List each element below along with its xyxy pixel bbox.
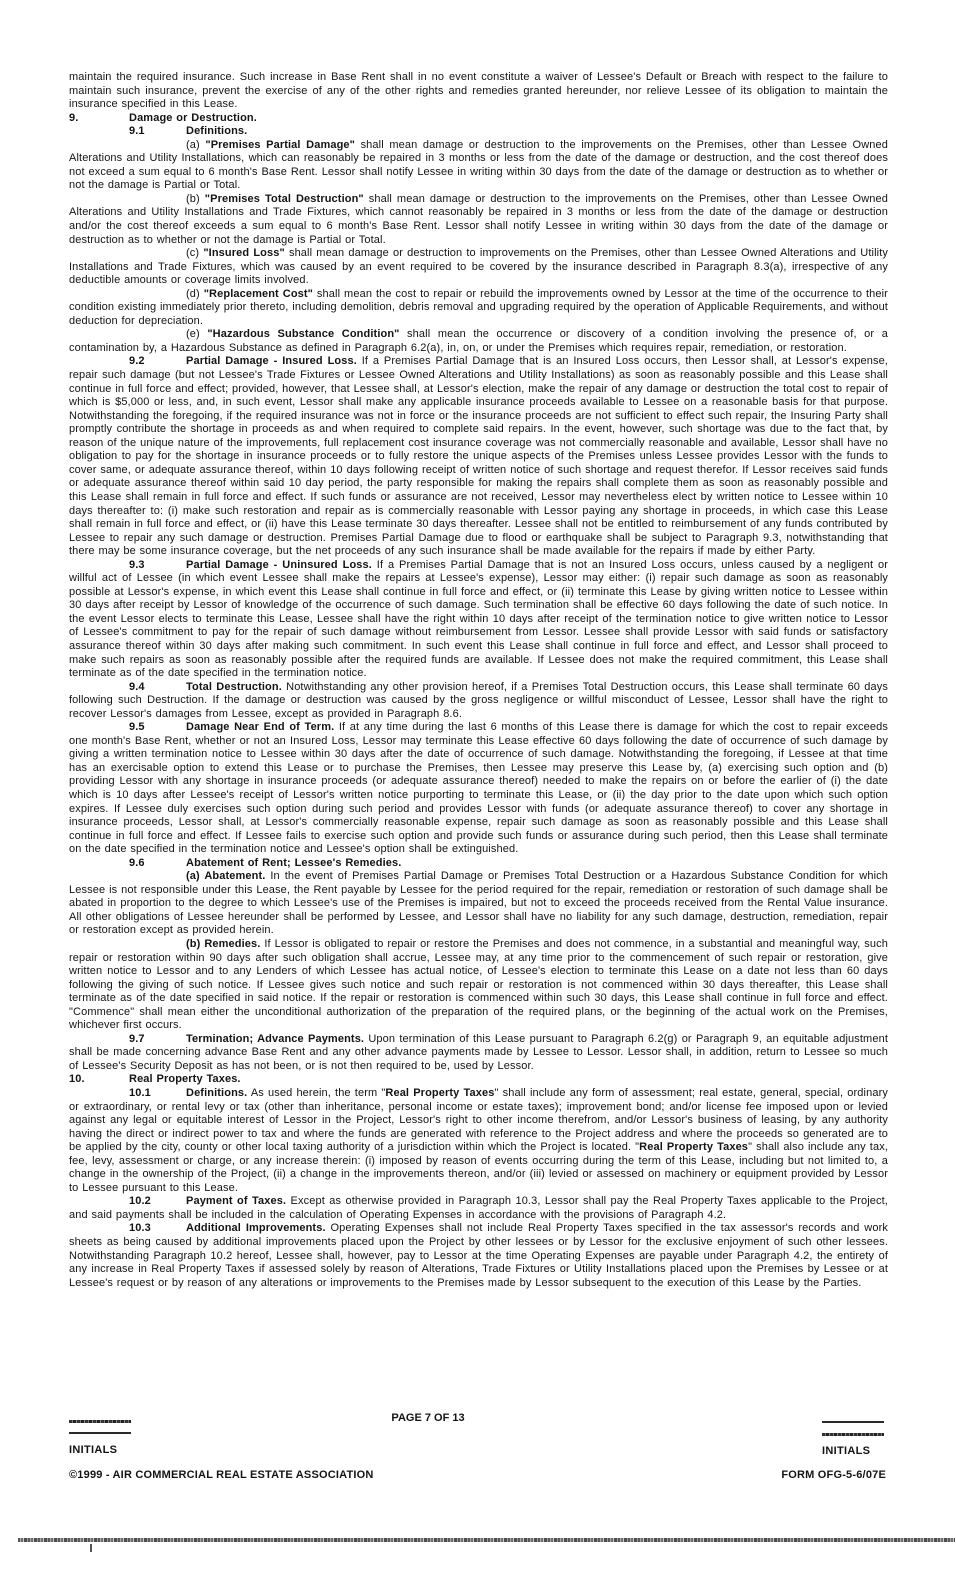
paragraph-9-6-b: (b) Remedies. If Lessor is obligated to … [69, 938, 888, 1033]
copyright-notice: ©1999 - AIR COMMERCIAL REAL ESTATE ASSOC… [69, 1469, 374, 1481]
section-9-3: 9.3Partial Damage - Uninsured Loss. If a… [69, 559, 888, 681]
section-9-2: 9.2Partial Damage - Insured Loss. If a P… [69, 355, 888, 558]
form-number: FORM OFG-5-6/07E [781, 1469, 886, 1481]
initials-signature-line [822, 1421, 884, 1423]
initials-signature-line [69, 1432, 131, 1434]
paragraph-9-1-e: (e) "Hazardous Substance Condition" shal… [69, 328, 888, 355]
section-9-4: 9.4Total Destruction. Notwithstanding an… [69, 681, 888, 722]
section-10-1: 10.1Definitions. As used herein, the ter… [69, 1087, 888, 1195]
initials-signature-line [822, 1433, 884, 1436]
paragraph-9-1-d: (d) "Replacement Cost" shall mean the co… [69, 288, 888, 329]
section-9-7: 9.7Termination; Advance Payments. Upon t… [69, 1033, 888, 1074]
section-9-5: 9.5Damage Near End of Term. If at any ti… [69, 721, 888, 856]
section-10-2: 10.2Payment of Taxes. Except as otherwis… [69, 1195, 888, 1222]
paragraph-9-1-a: (a) "Premises Partial Damage" shall mean… [69, 139, 888, 193]
section-9-1-heading: 9.1Definitions. [69, 125, 888, 139]
paragraph-9-1-c: (c) "Insured Loss" shall mean damage or … [69, 247, 888, 288]
paragraph-9-1-b: (b) "Premises Total Destruction" shall m… [69, 193, 888, 247]
scan-artifact-line [18, 1538, 955, 1542]
section-9-6-heading: 9.6Abatement of Rent; Lessee's Remedies. [69, 857, 888, 871]
initials-label: INITIALS [822, 1445, 884, 1457]
paragraph-insurance-continuation: maintain the required insurance. Such in… [69, 71, 888, 112]
paragraph-9-6-a: (a) Abatement. In the event of Premises … [69, 870, 888, 938]
section-10-3: 10.3Additional Improvements. Operating E… [69, 1222, 888, 1290]
page-number-label: PAGE 7 OF 13 [0, 1412, 906, 1424]
initials-block-right: INITIALS [822, 1421, 884, 1457]
document-body: maintain the required insurance. Such in… [69, 71, 888, 1290]
section-10-heading: 10.Real Property Taxes. [69, 1073, 888, 1087]
initials-label: INITIALS [69, 1444, 131, 1456]
section-9-heading: 9.Damage or Destruction. [69, 112, 888, 126]
scan-artifact-tick [90, 1544, 92, 1552]
initials-block-left: INITIALS [69, 1420, 131, 1456]
initials-signature-line [69, 1420, 131, 1423]
